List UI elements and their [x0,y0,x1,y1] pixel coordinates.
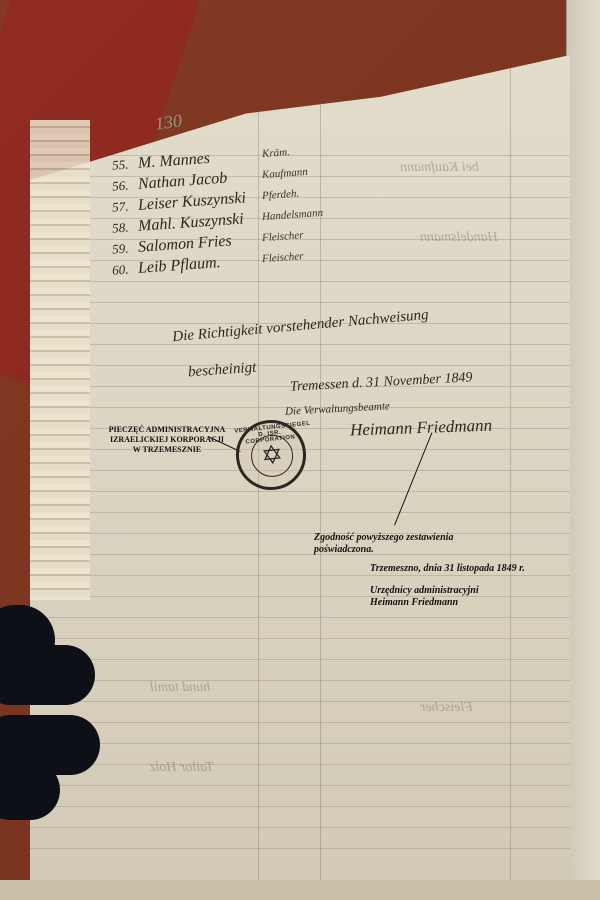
bleed-through-text: Handelsmann [420,230,498,246]
bleed-through-text: Tailor Holz [150,760,214,776]
gloved-finger [0,645,95,705]
register-entries: 55.M. Mannes 56.Nathan Jacob 57.Leiser K… [112,150,246,276]
bleed-through-text: hund tamil [150,680,210,696]
gloved-palm [0,760,60,820]
page-bottom-edge [0,880,600,900]
page-number: 130 [154,110,184,135]
star-of-david-icon: ✡ [251,440,294,472]
place-date-annotation: Trzemeszno, dnia 31 listopada 1849 r. [370,563,525,575]
worn-page-edges [30,120,90,600]
seal-annotation: PIECZĘĆ ADMINISTRACYJNA IZRAELICKIEJ KOR… [92,425,242,455]
right-page-edge [566,0,600,900]
attestation-annotation: Zgodność powyższego zestawienia poświadc… [314,532,453,556]
occupation: Fleischer [261,245,323,270]
occupation-column: Kräm. Kaufmann Pferdeh. Handelsmann Flei… [262,142,323,268]
bleed-through-text: bei Kaufmann [400,160,479,176]
bleed-through-text: Fleischer [420,700,473,716]
officials-annotation: Urzędnicy administracyjni Heimann Friedm… [370,585,479,609]
